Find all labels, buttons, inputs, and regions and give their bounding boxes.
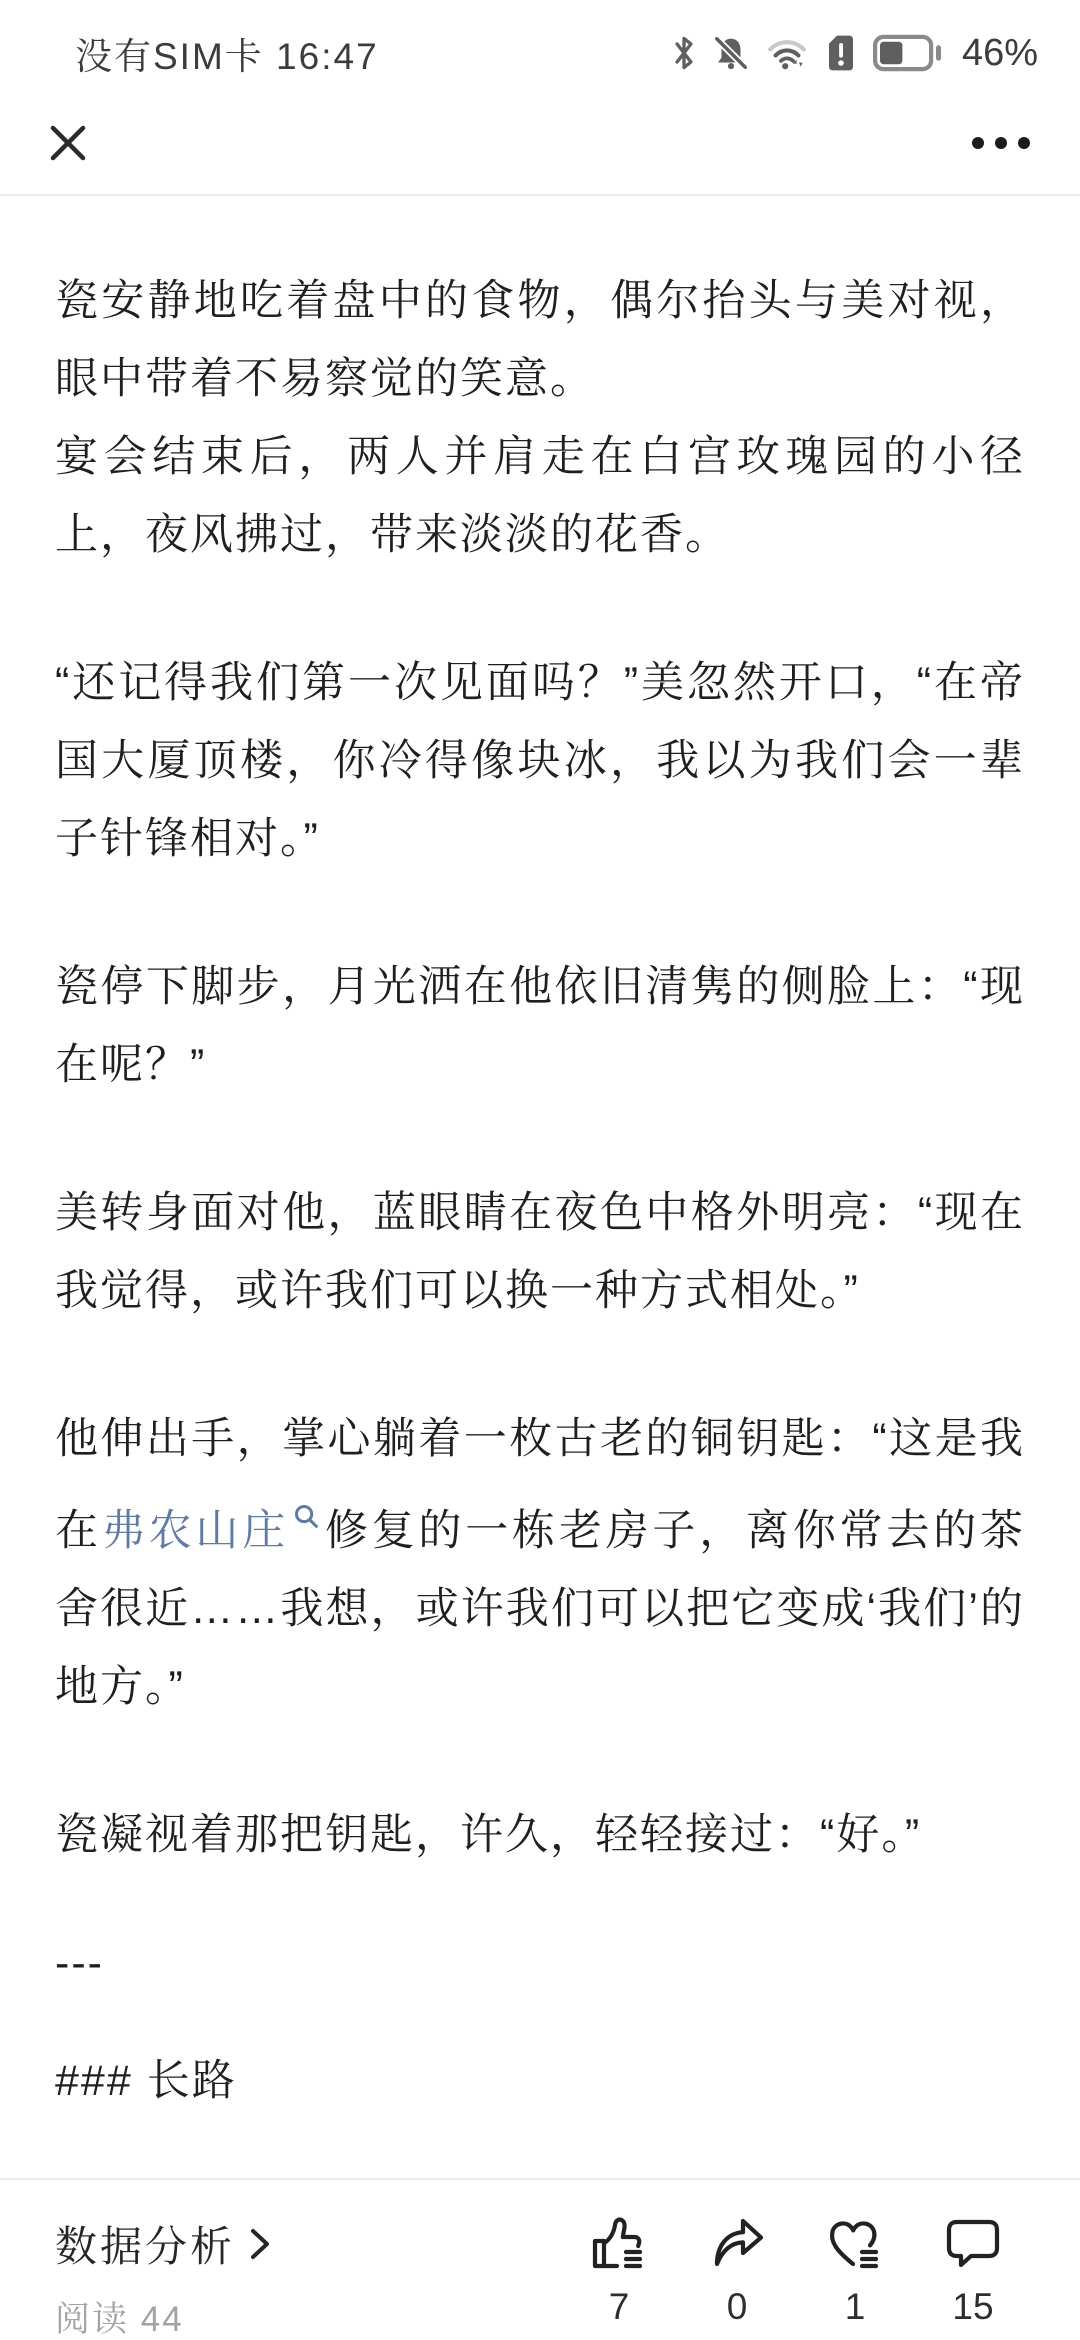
comment-bubble-icon — [943, 2214, 1003, 2272]
share-button[interactable]: 0 — [678, 2214, 796, 2328]
share-arrow-icon — [707, 2214, 767, 2272]
status-bar: 没有SIM卡 16:47 — [0, 0, 1080, 92]
action-buttons: 7 0 1 15 — [560, 2214, 1032, 2328]
like-count: 7 — [609, 2286, 630, 2328]
paragraph: 宴会结束后，两人并肩走在白宫玫瑰园的小径上，夜风拂过，带来淡淡的花香。 — [55, 418, 1025, 574]
reading-screen: 没有SIM卡 16:47 — [0, 0, 1080, 2340]
battery-icon — [873, 32, 943, 74]
share-count: 0 — [727, 2286, 748, 2328]
hashtags: ### 长路 — [55, 2042, 1025, 2120]
chevron-right-icon — [249, 2227, 271, 2261]
article-body: 瓷安静地吃着盘中的食物，偶尔抬头与美对视，眼中带着不易察觉的笑意。 宴会结束后，… — [55, 198, 1025, 2120]
more-button[interactable] — [968, 133, 1034, 153]
search-icon[interactable] — [293, 1478, 321, 1556]
entity-link[interactable]: 弗农山庄 — [102, 1507, 289, 1555]
analytics-block: 数据分析 阅读 44 — [55, 2214, 271, 2340]
close-button[interactable] — [46, 121, 90, 165]
status-icons: 46% — [671, 32, 1038, 75]
paragraph: 瓷停下脚步，月光洒在他依旧清隽的侧脸上：“现在呢？” — [55, 948, 1025, 1104]
wow-button[interactable]: 1 — [796, 2214, 914, 2328]
navbar — [0, 92, 1080, 196]
notifications-muted-icon — [712, 34, 750, 72]
footer-bar: 数据分析 阅读 44 7 — [0, 2180, 1080, 2340]
separator-dashes: --- — [55, 1924, 1025, 2002]
wow-count: 1 — [845, 2286, 866, 2328]
paragraph-with-link: 他伸出手，掌心躺着一枚古老的铜钥匙：“这是我在弗农山庄修复的一栋老房子，离你常去… — [55, 1400, 1025, 1726]
carrier-time-text: 没有SIM卡 16:47 — [75, 26, 379, 80]
bluetooth-icon — [671, 35, 697, 71]
comment-button[interactable]: 15 — [914, 2214, 1032, 2328]
paragraph: 瓷安静地吃着盘中的食物，偶尔抬头与美对视，眼中带着不易察觉的笑意。 — [55, 262, 1025, 418]
thumbs-up-icon — [589, 2214, 649, 2272]
close-icon — [46, 121, 90, 165]
paragraph: “还记得我们第一次见面吗？”美忽然开口，“在帝国大厦顶楼，你冷得像块冰，我以为我… — [55, 644, 1025, 878]
paragraph: 美转身面对他，蓝眼睛在夜色中格外明亮：“现在我觉得，或许我们可以换一种方式相处。… — [55, 1174, 1025, 1330]
heart-lines-icon — [825, 2214, 885, 2272]
wifi-icon — [765, 35, 809, 71]
like-button[interactable]: 7 — [560, 2214, 678, 2328]
more-icon — [968, 133, 1034, 153]
paragraph: 瓷凝视着那把钥匙，许久，轻轻接过：“好。” — [55, 1796, 1025, 1874]
data-analytics-label: 数据分析 — [55, 2214, 235, 2274]
battery-percent-text: 46% — [962, 32, 1038, 75]
read-count-label: 阅读 44 — [55, 2292, 271, 2340]
comment-count: 15 — [952, 2286, 993, 2328]
sim-alert-icon — [824, 33, 858, 73]
data-analytics-button[interactable]: 数据分析 — [55, 2214, 271, 2274]
